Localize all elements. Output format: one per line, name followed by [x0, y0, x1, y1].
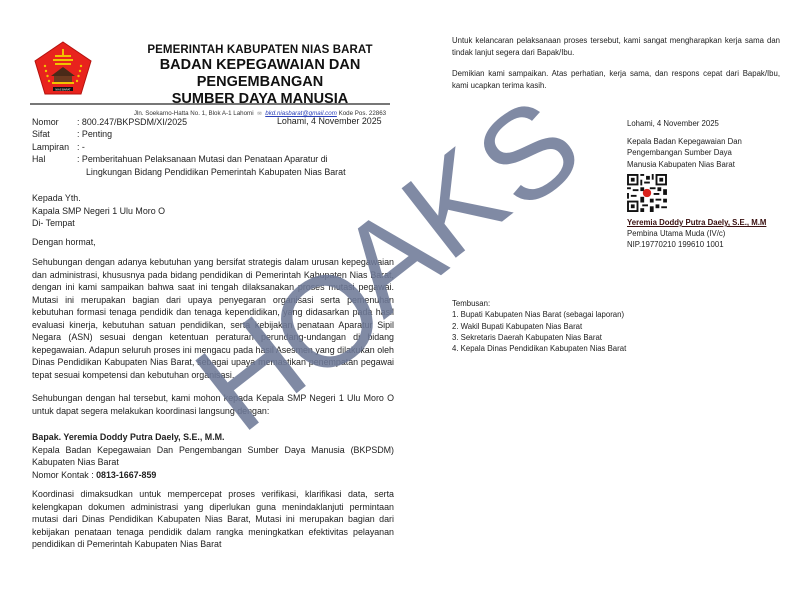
- meta-sifat-value: : Penting: [77, 128, 377, 140]
- signatory-nip: NIP.19770210 199610 1001: [627, 239, 766, 250]
- letter-page: NIAS BARAT PEMERINTAH KABUPATEN NIAS BAR…: [0, 0, 800, 602]
- contact-phone-line: Nomor Kontak : 0813-1667-859: [32, 469, 394, 482]
- qr-code-icon: [627, 174, 667, 212]
- letterhead-agency-line2: SUMBER DAYA MANUSIA: [100, 91, 420, 108]
- contact-phone: 0813-1667-859: [96, 470, 156, 480]
- contact-phone-label: Nomor Kontak :: [32, 470, 96, 480]
- tembusan-label: Tembusan:: [452, 298, 626, 309]
- contact-block: Bapak. Yeremia Doddy Putra Daely, S.E., …: [32, 431, 394, 481]
- salutation: Dengan hormat,: [32, 236, 96, 249]
- meta-hal: Hal : Pemberitahuan Pelaksanaan Mutasi d…: [32, 153, 377, 178]
- signature-title-line3: Manusia Kabupaten Nias Barat: [627, 159, 766, 170]
- closing-paragraph-2: Demikian kami sampaikan. Atas perhatian,…: [452, 68, 780, 91]
- meta-lampiran-label: Lampiran: [32, 141, 77, 153]
- tembusan-item: 2. Wakil Bupati Kabupaten Nias Barat: [452, 321, 626, 332]
- signature-title-line2: Pengembangan Sumber Daya: [627, 147, 766, 158]
- meta-sifat: Sifat : Penting: [32, 128, 377, 140]
- svg-text:NIAS BARAT: NIAS BARAT: [55, 88, 71, 92]
- contact-name: Bapak. Yeremia Doddy Putra Daely, S.E., …: [32, 431, 394, 444]
- letterhead: PEMERINTAH KABUPATEN NIAS BARAT BADAN KE…: [100, 43, 420, 119]
- recipient-line1: Kepada Yth.: [32, 192, 165, 205]
- recipient-block: Kepada Yth. Kapala SMP Negeri 1 Ulu Moro…: [32, 192, 165, 230]
- meta-lampiran-value: : -: [77, 141, 377, 153]
- meta-sifat-label: Sifat: [32, 128, 77, 140]
- meta-hal-label: Hal: [32, 153, 77, 178]
- watermark-letter: K: [382, 127, 528, 280]
- signatory-name: Yeremia Doddy Putra Daely, S.E., M.M: [627, 217, 766, 228]
- closing-paragraph-1: Untuk kelancaran pelaksanaan proses ters…: [452, 35, 780, 58]
- letterhead-government: PEMERINTAH KABUPATEN NIAS BARAT: [100, 43, 420, 57]
- signature-title-line1: Kepala Badan Kepegawaian Dan: [627, 136, 766, 147]
- letter-date: Lohami, 4 November 2025: [277, 116, 382, 126]
- body-paragraph-2: Sehubungan dengan hal tersebut, kami moh…: [32, 392, 394, 417]
- signature-block: Lohami, 4 November 2025 Kepala Badan Kep…: [627, 118, 766, 251]
- letterhead-agency-line1: BADAN KEPEGAWAIAN DAN PENGEMBANGAN: [100, 57, 420, 91]
- letterhead-divider: [30, 103, 390, 105]
- contact-position: Kepala Badan Kepegawaian Dan Pengembanga…: [32, 444, 394, 469]
- meta-hal-value: : Pemberitahuan Pelaksanaan Mutasi dan P…: [77, 153, 366, 178]
- body-paragraph-1: Sehubungan dengan adanya kebutuhan yang …: [32, 256, 394, 381]
- tembusan-item: 3. Sekretaris Daerah Kabupaten Nias Bara…: [452, 332, 626, 343]
- signature-date: Lohami, 4 November 2025: [627, 118, 766, 129]
- watermark-letter: S: [456, 77, 602, 230]
- meta-nomor-label: Nomor: [32, 116, 77, 128]
- signatory-rank: Pembina Utama Muda (IV/c): [627, 228, 766, 239]
- regency-logo-icon: NIAS BARAT: [33, 40, 93, 96]
- body-paragraph-3: Koordinasi dimaksudkan untuk mempercepat…: [32, 488, 394, 551]
- tembusan-block: Tembusan: 1. Bupati Kabupaten Nias Barat…: [452, 298, 626, 354]
- recipient-line3: Di- Tempat: [32, 217, 165, 230]
- meta-lampiran: Lampiran : -: [32, 141, 377, 153]
- tembusan-item: 1. Bupati Kabupaten Nias Barat (sebagai …: [452, 309, 626, 320]
- recipient-line2: Kapala SMP Negeri 1 Ulu Moro O: [32, 205, 165, 218]
- tembusan-item: 4. Kepala Dinas Pendidikan Kabupaten Nia…: [452, 343, 626, 354]
- signature-title: Kepala Badan Kepegawaian Dan Pengembanga…: [627, 136, 766, 170]
